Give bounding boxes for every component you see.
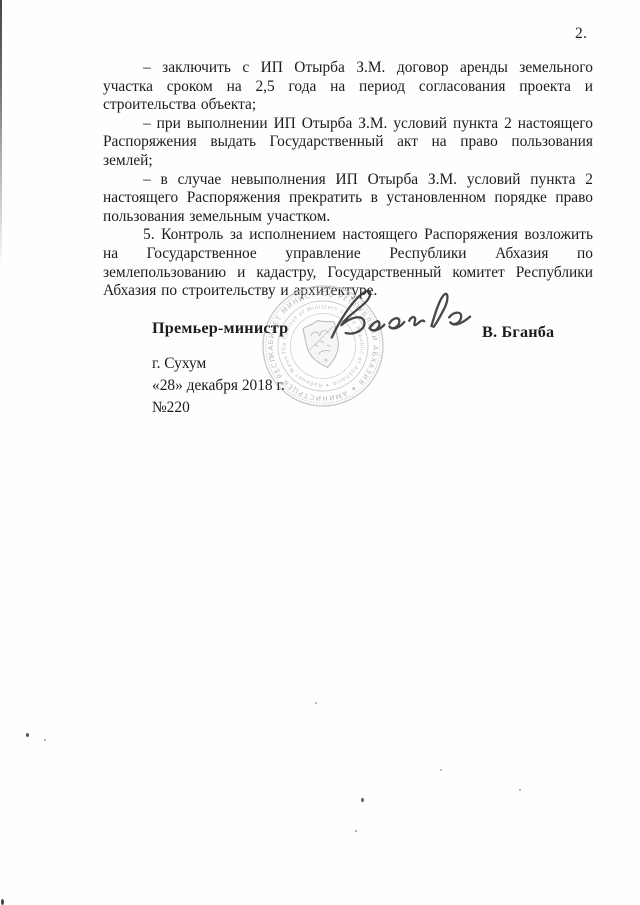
scan-speck <box>440 769 442 771</box>
signer-title: Премьер-министр <box>152 319 288 338</box>
scan-speck <box>1 899 4 905</box>
scan-speck <box>361 798 364 802</box>
body-paragraph: – в случае невыполнения ИП Отырба З.М. у… <box>103 171 593 227</box>
scan-speck <box>519 789 521 791</box>
scan-edge-line <box>0 0 2 268</box>
handwritten-signature <box>326 282 480 345</box>
date-line: «28» декабря 2018 г. <box>152 377 285 395</box>
page-number: 2. <box>575 25 587 43</box>
doc-number-line: №220 <box>152 399 190 417</box>
scan-speck <box>44 739 46 741</box>
body-paragraph: – заключить с ИП Отырба З.М. договор аре… <box>103 59 593 115</box>
document-body: – заключить с ИП Отырба З.М. договор аре… <box>103 59 593 301</box>
city-line: г. Сухум <box>152 355 206 373</box>
document-page: 2. – заключить с ИП Отырба З.М. договор … <box>0 0 640 905</box>
scan-speck <box>355 830 357 832</box>
signer-name: В. Бганба <box>482 323 554 342</box>
body-paragraph: – при выполнении ИП Отырба З.М. условий … <box>103 115 593 171</box>
scan-speck <box>26 733 29 737</box>
scan-speck <box>315 702 317 704</box>
